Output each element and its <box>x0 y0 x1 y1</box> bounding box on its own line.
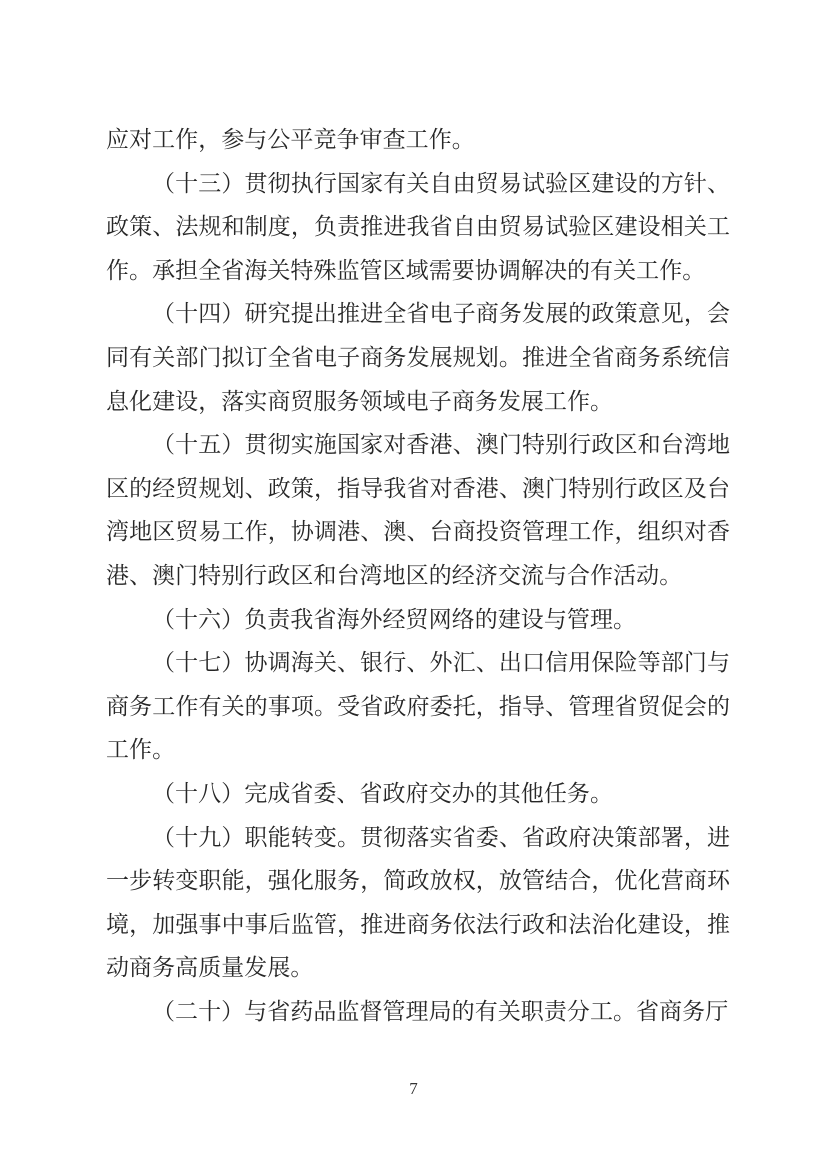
paragraph-item-18: （十八）完成省委、省政府交办的其他任务。 <box>106 772 730 816</box>
document-body-text: 应对工作，参与公平竞争审查工作。 （十三）贯彻执行国家有关自由贸易试验区建设的方… <box>106 118 730 1033</box>
continuation-paragraph: 应对工作，参与公平竞争审查工作。 <box>106 118 730 162</box>
paragraph-item-13: （十三）贯彻执行国家有关自由贸易试验区建设的方针、政策、法规和制度，负责推进我省… <box>106 162 730 293</box>
paragraph-item-15: （十五）贯彻实施国家对香港、澳门特别行政区和台湾地区的经贸规划、政策，指导我省对… <box>106 423 730 597</box>
paragraph-item-16: （十六）负责我省海外经贸网络的建设与管理。 <box>106 598 730 642</box>
paragraph-item-19: （十九）职能转变。贯彻落实省委、省政府决策部署，进一步转变职能，强化服务，简政放… <box>106 816 730 990</box>
page-number: 7 <box>0 1078 827 1100</box>
paragraph-item-14: （十四）研究提出推进全省电子商务发展的政策意见，会同有关部门拟订全省电子商务发展… <box>106 292 730 423</box>
document-page: 应对工作，参与公平竞争审查工作。 （十三）贯彻执行国家有关自由贸易试验区建设的方… <box>0 0 827 1169</box>
paragraph-item-20: （二十）与省药品监督管理局的有关职责分工。省商务厅 <box>106 990 730 1034</box>
paragraph-item-17: （十七）协调海关、银行、外汇、出口信用保险等部门与商务工作有关的事项。受省政府委… <box>106 641 730 772</box>
